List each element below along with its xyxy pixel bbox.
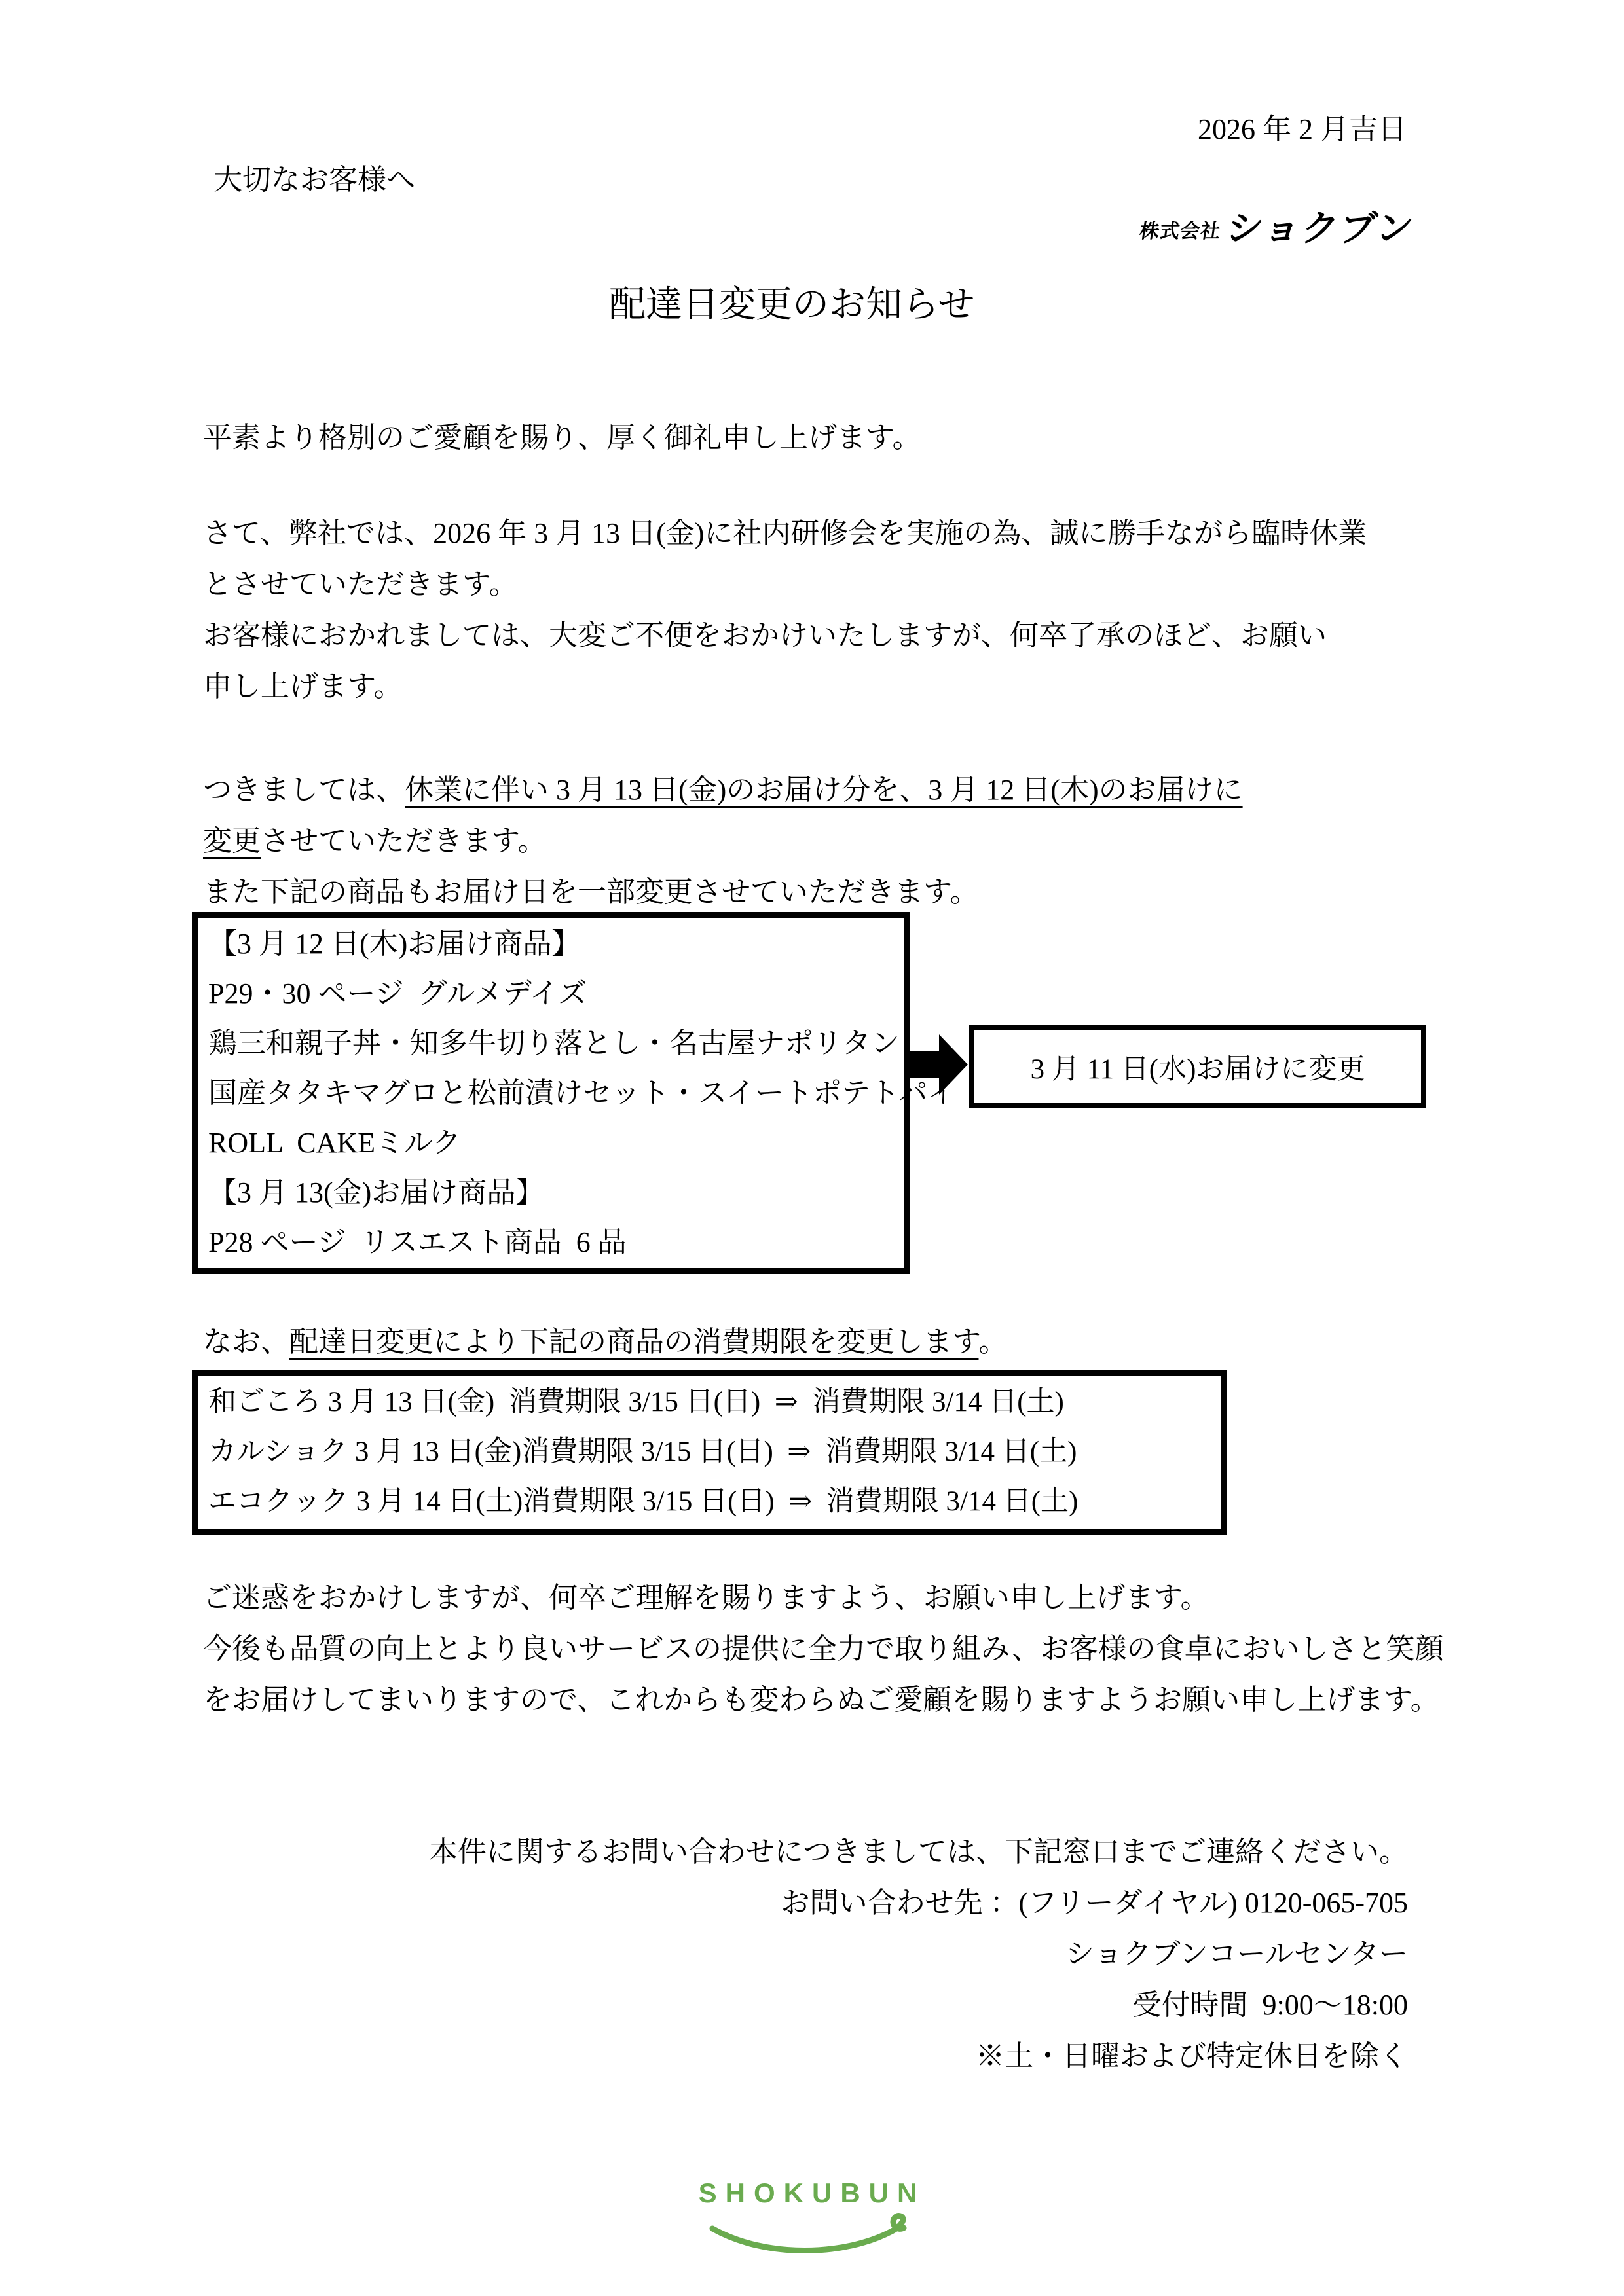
expiry-prefix: なお、	[203, 1326, 289, 1358]
notice-paragraph: つきましては、休業に伴い 3 月 13 日(金)のお届け分を、3 月 12 日(…	[203, 765, 1243, 918]
footer-logo-text: SHOKUBUN	[681, 2178, 943, 2209]
expiry-suffix: 。	[978, 1326, 1007, 1358]
delivery-box-line-7: P28 ページ リスエスト商品 6 品	[208, 1218, 904, 1267]
company-logo: 株式会社 ショクブン	[1137, 208, 1417, 249]
contact-line-2: お問い合わせ先 ：(フリーダイヤル) 0120-065-705	[429, 1878, 1408, 1929]
closing-paragraph: ご迷惑をおかけしますが、何卒ご理解を賜りますよう、お願い申し上げます。 今後も品…	[203, 1573, 1444, 1726]
expiry-notice: なお、配達日変更により下記の商品の消費期限を変更します。	[203, 1322, 1007, 1362]
contact-block: 本件に関するお問い合わせにつきましては、下記窓口までご連絡ください。 お問い合わ…	[429, 1827, 1408, 2082]
expiry-underlined: 配達日変更により下記の商品の消費期限を変更します	[289, 1326, 978, 1358]
salutation: 大切なお客様へ	[213, 160, 415, 200]
footer-logo-swoosh-path	[712, 2216, 904, 2251]
contact-line-4: 受付時間 9:00～18:00	[429, 1980, 1408, 2031]
notice-prefix: つきましては、	[203, 774, 405, 806]
delivery-products-box: 【3 月 12 日(木)お届け商品】 P29・30 ページ グルメデイズ 鶏三和…	[192, 912, 910, 1274]
body-line-3: お客様におかれましては、大変ご不便をおかけいたしますが、何卒了承のほど、お願い	[203, 610, 1367, 661]
delivery-box-line-4: 国産タタキマグロと松前漬けセット・スイートポテトパイ	[208, 1068, 904, 1118]
delivery-box-line-3: 鶏三和親子丼・知多牛切り落とし・名古屋ナポリタン	[208, 1019, 904, 1068]
footer-logo-swoosh-icon	[707, 2210, 917, 2257]
closing-line-3: をお届けしてまいりますので、これからも変わらぬご愛顧を賜りますようお願い申し上げ…	[203, 1675, 1444, 1726]
contact-line-3: ショクブンコールセンター	[429, 1929, 1408, 1980]
company-logo-name: ショクブン	[1224, 208, 1417, 249]
contact-line-5: ※土・日曜および特定休日を除く	[429, 2031, 1408, 2082]
change-target-box: 3 月 11 日(水)お届けに変更	[969, 1025, 1426, 1108]
expiry-box: 和ごころ 3 月 13 日(金) 消費期限 3/15 日(日) ⇒ 消費期限 3…	[192, 1370, 1227, 1535]
page-title: 配達日変更のお知らせ	[609, 282, 974, 329]
body-paragraph: さて、弊社では、2026 年 3 月 13 日(金)に社内研修会を実施の為、誠に…	[203, 508, 1367, 712]
body-line-4: 申し上げます。	[203, 661, 1367, 712]
change-target-label: 3 月 11 日(水)お届けに変更	[1031, 1047, 1365, 1087]
notice-underlined-1: 休業に伴い 3 月 13 日(金)のお届け分を、3 月 12 日(木)のお届けに	[405, 774, 1243, 806]
closing-line-2: 今後も品質の向上とより良いサービスの提供に全力で取り組み、お客様の食卓においしさ…	[203, 1624, 1444, 1675]
footer-logo: SHOKUBUN	[681, 2178, 943, 2257]
notice-underlined-2: 変更	[203, 825, 261, 857]
notice-line-1: つきましては、休業に伴い 3 月 13 日(金)のお届け分を、3 月 12 日(…	[203, 765, 1243, 816]
expiry-box-line-3: エコクック 3 月 14 日(土)消費期限 3/15 日(日) ⇒ 消費期限 3…	[208, 1477, 1221, 1527]
document-page: 2026 年 2 月吉日 大切なお客様へ 株式会社 ショクブン 配達日変更のお知…	[0, 0, 1624, 2296]
notice-line-3: また下記の商品もお届け日を一部変更させていただきます。	[203, 867, 1243, 918]
delivery-box-line-6: 【3 月 13(金)お届け商品】	[208, 1168, 904, 1218]
delivery-box-line-5: ROLL CAKEミルク	[208, 1118, 904, 1168]
notice-suffix: させていただきます。	[261, 825, 546, 857]
greeting-paragraph: 平素より格別のご愛顧を賜り、厚く御礼申し上げます。	[203, 412, 921, 464]
closing-line-1: ご迷惑をおかけしますが、何卒ご理解を賜りますよう、お願い申し上げます。	[203, 1573, 1444, 1624]
contact-line-1: 本件に関するお問い合わせにつきましては、下記窓口までご連絡ください。	[429, 1827, 1408, 1878]
body-line-2: とさせていただきます。	[203, 559, 1367, 610]
expiry-box-line-1: 和ごころ 3 月 13 日(金) 消費期限 3/15 日(日) ⇒ 消費期限 3…	[208, 1377, 1221, 1427]
expiry-box-line-2: カルショク 3 月 13 日(金)消費期限 3/15 日(日) ⇒ 消費期限 3…	[208, 1427, 1221, 1477]
delivery-box-line-2: P29・30 ページ グルメデイズ	[208, 969, 904, 1019]
notice-line-2: 変更させていただきます。	[203, 816, 1243, 867]
company-logo-prefix: 株式会社	[1138, 215, 1223, 244]
body-line-1: さて、弊社では、2026 年 3 月 13 日(金)に社内研修会を実施の為、誠に…	[203, 508, 1367, 559]
date-line: 2026 年 2 月吉日	[1198, 110, 1407, 149]
delivery-box-line-1: 【3 月 12 日(木)お届け商品】	[208, 919, 904, 969]
change-arrow-icon	[909, 1033, 968, 1096]
